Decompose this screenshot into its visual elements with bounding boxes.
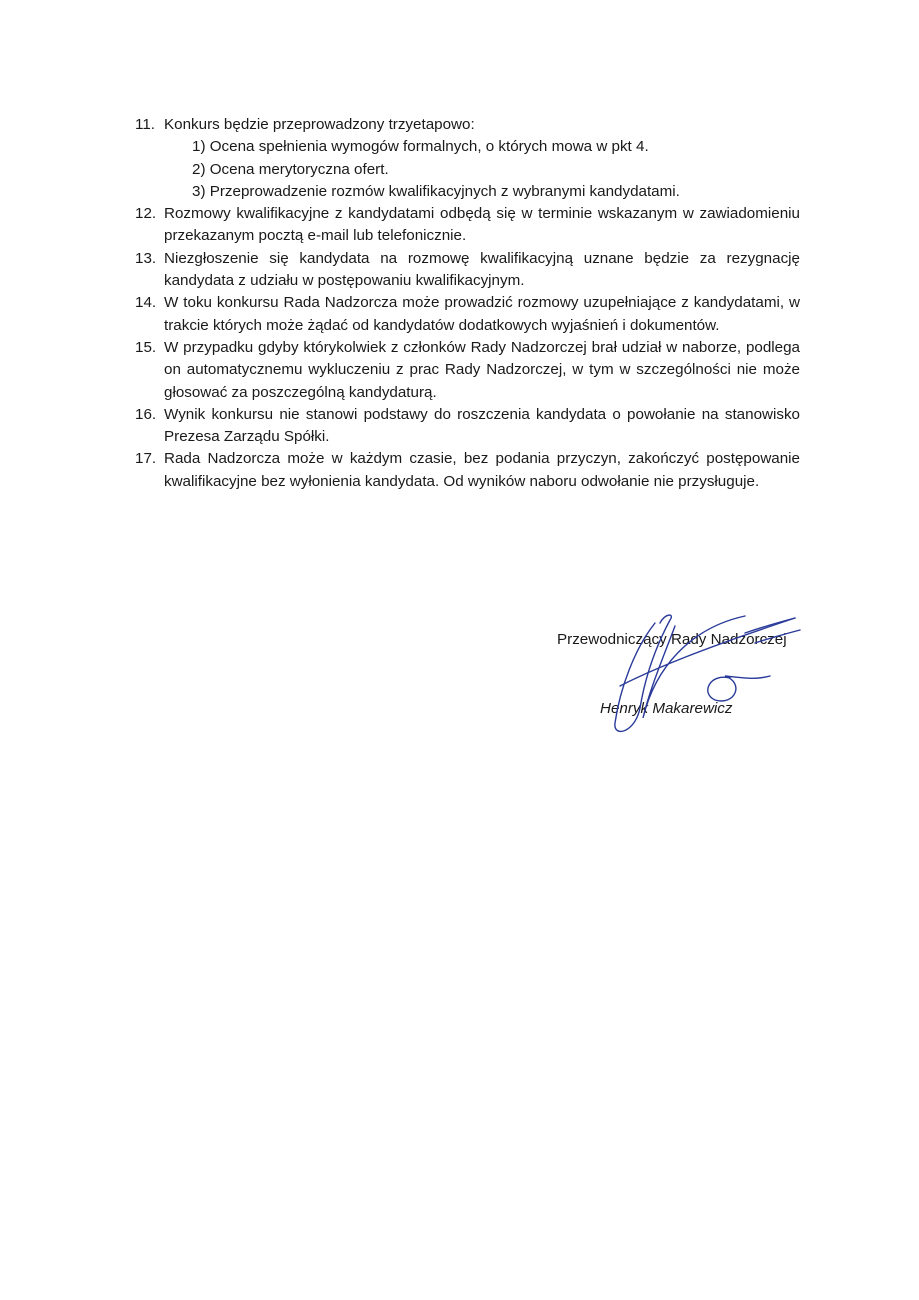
- item-number: 11.: [135, 114, 155, 136]
- subitem: 3) Przeprowadzenie rozmów kwalifikacyjny…: [164, 181, 800, 203]
- handwritten-signature-icon: [595, 608, 805, 743]
- list-item-11: 11. Konkurs będzie przeprowadzony trzyet…: [135, 114, 800, 203]
- item-number: 15.: [135, 337, 156, 359]
- item-text: Rada Nadzorcza może w każdym czasie, bez…: [164, 448, 800, 493]
- list-item-17: 17. Rada Nadzorcza może w każdym czasie,…: [135, 448, 800, 493]
- subitem: 1) Ocena spełnienia wymogów formalnych, …: [164, 136, 800, 158]
- item-number: 12.: [135, 203, 156, 225]
- subitem: 2) Ocena merytoryczna ofert.: [164, 159, 800, 181]
- list-item-16: 16. Wynik konkursu nie stanowi podstawy …: [135, 404, 800, 449]
- item-number: 13.: [135, 248, 156, 270]
- item-text: Wynik konkursu nie stanowi podstawy do r…: [164, 404, 800, 449]
- numbered-list: 11. Konkurs będzie przeprowadzony trzyet…: [135, 114, 800, 493]
- item-text: Rozmowy kwalifikacyjne z kandydatami odb…: [164, 203, 800, 248]
- item-text: W przypadku gdyby którykolwiek z członkó…: [164, 337, 800, 404]
- list-item-15: 15. W przypadku gdyby którykolwiek z czł…: [135, 337, 800, 404]
- item-text: Konkurs będzie przeprowadzony trzyetapow…: [164, 114, 800, 136]
- item-number: 14.: [135, 292, 156, 314]
- item-text: Niezgłoszenie się kandydata na rozmowę k…: [164, 248, 800, 293]
- item-number: 17.: [135, 448, 156, 470]
- list-item-13: 13. Niezgłoszenie się kandydata na rozmo…: [135, 248, 800, 293]
- list-item-12: 12. Rozmowy kwalifikacyjne z kandydatami…: [135, 203, 800, 248]
- item-text: W toku konkursu Rada Nadzorcza może prow…: [164, 292, 800, 337]
- list-item-14: 14. W toku konkursu Rada Nadzorcza może …: [135, 292, 800, 337]
- document-page: 11. Konkurs będzie przeprowadzony trzyet…: [0, 0, 919, 1300]
- item-number: 16.: [135, 404, 156, 426]
